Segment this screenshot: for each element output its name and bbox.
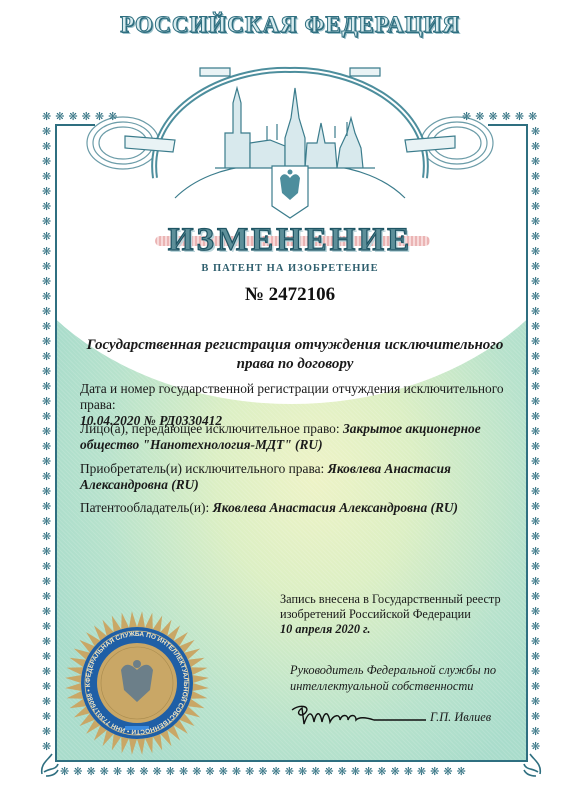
- border-ornament-icon: ❋: [68, 112, 77, 123]
- border-ornament-icon: ❋: [42, 637, 51, 648]
- border-ornament-icon: ❋: [531, 607, 540, 618]
- border-ornament-icon: ❋: [42, 442, 51, 453]
- border-ornament-icon: ❋: [531, 457, 540, 468]
- border-ornament-icon: ❋: [531, 142, 540, 153]
- border-ornament-icon: ❋: [531, 412, 540, 423]
- border-ornament-icon: ❋: [531, 622, 540, 633]
- border-ornament-icon: ❋: [42, 307, 51, 318]
- document-title: ИЗМЕНЕНИЕ: [0, 222, 580, 259]
- border-ornament-icon: ❋: [42, 502, 51, 513]
- border-ornament-icon: ❋: [531, 172, 540, 183]
- ornament-border-right: ❋❋❋❋❋❋❋❋❋❋❋❋❋❋❋❋❋❋❋❋❋❋❋❋❋❋❋❋❋❋❋❋❋❋❋❋❋❋❋❋…: [531, 127, 540, 753]
- border-ornament-icon: ❋: [531, 157, 540, 168]
- border-ornament-icon: ❋: [285, 767, 294, 778]
- section-heading: Государственная регистрация отчуждения и…: [80, 336, 510, 374]
- border-ornament-icon: ❋: [42, 727, 51, 738]
- border-ornament-icon: ❋: [528, 112, 537, 123]
- border-ornament-icon: ❋: [531, 712, 540, 723]
- border-ornament-icon: ❋: [42, 592, 51, 603]
- head-title: Руководитель Федеральной службы по интел…: [290, 662, 530, 694]
- field-label: Приобретатель(и) исключительного права:: [80, 461, 324, 476]
- border-ornament-icon: ❋: [42, 682, 51, 693]
- border-ornament-icon: ❋: [42, 382, 51, 393]
- border-ornament-icon: ❋: [531, 547, 540, 558]
- border-ornament-icon: ❋: [42, 322, 51, 333]
- border-ornament-icon: ❋: [531, 352, 540, 363]
- border-ornament-icon: ❋: [531, 652, 540, 663]
- border-ornament-icon: ❋: [42, 112, 51, 123]
- border-ornament-icon: ❋: [42, 622, 51, 633]
- border-ornament-icon: ❋: [311, 767, 320, 778]
- border-ornament-icon: ❋: [42, 187, 51, 198]
- record-date: 10 апреля 2020 г.: [280, 622, 371, 636]
- border-ornament-icon: ❋: [42, 397, 51, 408]
- patent-number: № 2472106: [0, 284, 580, 306]
- corner-scroll-icon: [522, 750, 544, 778]
- border-ornament-icon: ❋: [42, 367, 51, 378]
- field-transferor: Лицо(а), передающее исключительное право…: [80, 421, 530, 453]
- border-ornament-icon: ❋: [531, 532, 540, 543]
- border-ornament-icon: ❋: [531, 577, 540, 588]
- border-ornament-icon: ❋: [42, 607, 51, 618]
- border-ornament-icon: ❋: [42, 487, 51, 498]
- field-label: Патентообладатель(и):: [80, 500, 209, 515]
- border-ornament-icon: ❋: [298, 767, 307, 778]
- border-ornament-icon: ❋: [55, 112, 64, 123]
- border-ornament-icon: ❋: [86, 767, 95, 778]
- border-ornament-icon: ❋: [531, 397, 540, 408]
- border-ornament-icon: ❋: [100, 767, 109, 778]
- border-ornament-icon: ❋: [42, 532, 51, 543]
- border-ornament-icon: ❋: [42, 562, 51, 573]
- border-ornament-icon: ❋: [531, 472, 540, 483]
- field-value: Яковлева Анастасия Александровна (RU): [213, 500, 458, 515]
- field-label: Дата и номер государственной регистрации…: [80, 381, 504, 412]
- ornament-border-left: ❋❋❋❋❋❋❋❋❋❋❋❋❋❋❋❋❋❋❋❋❋❋❋❋❋❋❋❋❋❋❋❋❋❋❋❋❋❋❋❋…: [42, 127, 51, 753]
- border-ornament-icon: ❋: [42, 667, 51, 678]
- border-ornament-icon: ❋: [219, 767, 228, 778]
- border-ornament-icon: ❋: [443, 767, 452, 778]
- ornament-border-bottom: ❋❋❋❋❋❋❋❋❋❋❋❋❋❋❋❋❋❋❋❋❋❋❋❋❋❋❋❋❋❋❋: [60, 767, 466, 778]
- border-ornament-icon: ❋: [42, 697, 51, 708]
- border-ornament-icon: ❋: [179, 767, 188, 778]
- border-ornament-icon: ❋: [531, 427, 540, 438]
- border-ornament-icon: ❋: [42, 352, 51, 363]
- border-ornament-icon: ❋: [531, 502, 540, 513]
- field-patent-holder: Патентообладатель(и): Яковлева Анастасия…: [80, 500, 530, 516]
- border-ornament-icon: ❋: [42, 517, 51, 528]
- signature-icon: [288, 700, 428, 730]
- border-ornament-icon: ❋: [42, 652, 51, 663]
- border-ornament-icon: ❋: [531, 682, 540, 693]
- border-ornament-icon: ❋: [531, 697, 540, 708]
- border-ornament-icon: ❋: [531, 307, 540, 318]
- border-ornament-icon: ❋: [531, 367, 540, 378]
- border-ornament-icon: ❋: [531, 562, 540, 573]
- border-ornament-icon: ❋: [502, 112, 511, 123]
- border-ornament-icon: ❋: [430, 767, 439, 778]
- border-ornament-icon: ❋: [245, 767, 254, 778]
- border-ornament-icon: ❋: [531, 487, 540, 498]
- border-ornament-icon: ❋: [531, 202, 540, 213]
- border-ornament-icon: ❋: [60, 767, 69, 778]
- field-acquirer: Приобретатель(и) исключительного права: …: [80, 461, 530, 493]
- border-ornament-icon: ❋: [404, 767, 413, 778]
- official-seal-icon: ФЕДЕРАЛЬНАЯ СЛУЖБА ПО ИНТЕЛЛЕКТУАЛЬНОЙ С…: [55, 608, 220, 758]
- border-ornament-icon: ❋: [205, 767, 214, 778]
- border-ornament-icon: ❋: [531, 637, 540, 648]
- border-ornament-icon: ❋: [531, 337, 540, 348]
- border-ornament-icon: ❋: [139, 767, 148, 778]
- border-ornament-icon: ❋: [324, 767, 333, 778]
- border-ornament-icon: ❋: [153, 767, 162, 778]
- border-ornament-icon: ❋: [531, 517, 540, 528]
- border-ornament-icon: ❋: [258, 767, 267, 778]
- border-ornament-icon: ❋: [531, 667, 540, 678]
- country-title: РОССИЙСКАЯ ФЕДЕРАЦИЯ: [0, 12, 580, 38]
- border-ornament-icon: ❋: [42, 712, 51, 723]
- border-ornament-icon: ❋: [73, 767, 82, 778]
- border-ornament-icon: ❋: [42, 472, 51, 483]
- border-ornament-icon: ❋: [192, 767, 201, 778]
- border-ornament-icon: ❋: [166, 767, 175, 778]
- border-ornament-icon: ❋: [531, 322, 540, 333]
- border-ornament-icon: ❋: [42, 577, 51, 588]
- record-text: Запись внесена в Государственный реестр …: [280, 592, 501, 621]
- border-ornament-icon: ❋: [417, 767, 426, 778]
- border-ornament-icon: ❋: [42, 142, 51, 153]
- border-ornament-icon: ❋: [42, 427, 51, 438]
- kremlin-wreath-emblem-icon: [85, 48, 495, 223]
- border-ornament-icon: ❋: [351, 767, 360, 778]
- border-ornament-icon: ❋: [457, 767, 466, 778]
- border-ornament-icon: ❋: [113, 767, 122, 778]
- border-ornament-icon: ❋: [42, 337, 51, 348]
- border-ornament-icon: ❋: [42, 172, 51, 183]
- border-ornament-icon: ❋: [42, 202, 51, 213]
- border-ornament-icon: ❋: [42, 127, 51, 138]
- border-ornament-icon: ❋: [531, 187, 540, 198]
- signer-name: Г.П. Ивлиев: [430, 710, 491, 725]
- field-label: Лицо(а), передающее исключительное право…: [80, 421, 340, 436]
- border-ornament-icon: ❋: [377, 767, 386, 778]
- border-ornament-icon: ❋: [42, 547, 51, 558]
- border-ornament-icon: ❋: [232, 767, 241, 778]
- border-ornament-icon: ❋: [338, 767, 347, 778]
- border-ornament-icon: ❋: [390, 767, 399, 778]
- border-ornament-icon: ❋: [272, 767, 281, 778]
- border-ornament-icon: ❋: [42, 157, 51, 168]
- border-ornament-icon: ❋: [364, 767, 373, 778]
- border-ornament-icon: ❋: [531, 127, 540, 138]
- border-ornament-icon: ❋: [531, 727, 540, 738]
- border-ornament-icon: ❋: [515, 112, 524, 123]
- border-ornament-icon: ❋: [126, 767, 135, 778]
- document-subtitle: В ПАТЕНТ НА ИЗОБРЕТЕНИЕ: [0, 263, 580, 274]
- border-ornament-icon: ❋: [531, 592, 540, 603]
- registry-record: Запись внесена в Государственный реестр …: [280, 592, 530, 637]
- border-ornament-icon: ❋: [531, 442, 540, 453]
- border-ornament-icon: ❋: [531, 382, 540, 393]
- border-ornament-icon: ❋: [42, 457, 51, 468]
- border-ornament-icon: ❋: [42, 412, 51, 423]
